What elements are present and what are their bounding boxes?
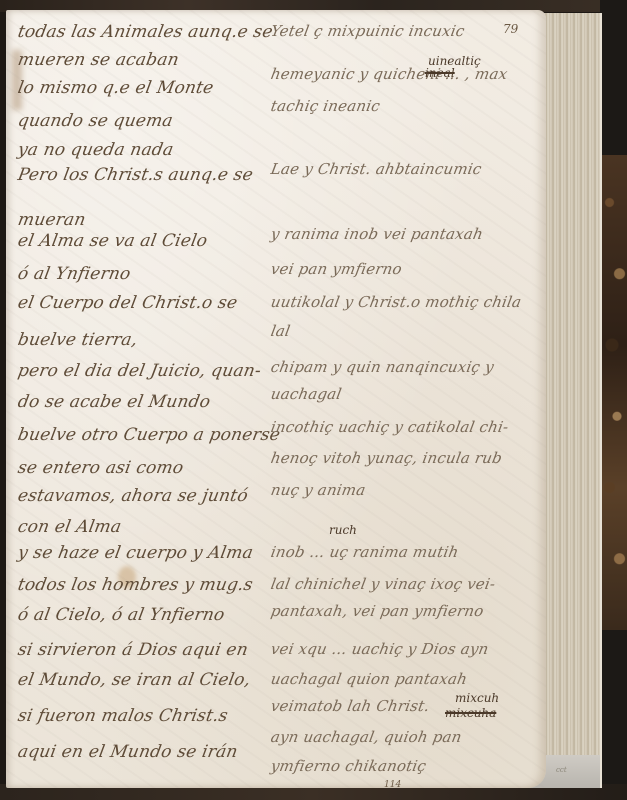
manuscript-line-spanish: Pero los Christ.s aunq.e se <box>16 165 254 185</box>
manuscript-line-maya: ymfierno chikanotiç <box>269 757 427 775</box>
manuscript-line-spanish: ó al Ynfierno <box>16 264 132 284</box>
manuscript-line-spanish: el Alma se va al Cielo <box>16 231 209 251</box>
manuscript-line-maya: inob ... uç ranima mutih <box>269 543 460 561</box>
interlinear-correction: ruch <box>329 523 357 537</box>
manuscript-line-spanish: si fueron malos Christ.s <box>16 706 229 726</box>
manuscript-line-maya: Yetel ç mixpuinic incuxic <box>269 22 466 40</box>
manuscript-line-spanish: todas las Animales aunq.e se <box>16 22 274 42</box>
marbled-endpaper <box>602 155 627 630</box>
interlinear-correction: mixcuh <box>455 691 499 705</box>
manuscript-line-spanish: do se acabe el Mundo <box>16 392 212 412</box>
manuscript-line-maya: uutikolal y Christ.o mothiç chila <box>269 293 523 311</box>
manuscript-line-spanish: buelve tierra, <box>16 330 139 350</box>
manuscript-line-spanish: estavamos, ahora se juntó <box>16 486 249 506</box>
manuscript-line-spanish: ya no queda nada <box>16 140 175 160</box>
manuscript-line-spanish: el Cuerpo del Christ.o se <box>16 293 239 313</box>
manuscript-line-spanish: pero el dia del Juicio, quan- <box>16 361 262 381</box>
manuscript-line-maya: incothiç uachiç y catikolal chi- <box>269 418 510 436</box>
manuscript-line-spanish: y se haze el cuerpo y Alma <box>16 543 254 563</box>
bottom-page-number: 114 <box>384 780 401 790</box>
struck-through-word: ineal <box>425 66 455 80</box>
manuscript-line-maya: vei pan ymfierno <box>269 260 403 278</box>
manuscript-line-maya: chipam y quin nanqincuxiç y <box>269 358 495 376</box>
manuscript-line-maya: uachagal quion pantaxah <box>269 670 468 688</box>
manuscript-line-maya: nuç y anima <box>269 481 367 499</box>
manuscript-page: 79 114 todas las Animales aunq.e semuere… <box>6 10 546 788</box>
manuscript-line-spanish: el Mundo, se iran al Cielo, <box>16 670 252 690</box>
manuscript-line-maya: y ranima inob vei pantaxah <box>269 225 484 243</box>
manuscript-line-maya: veimatob lah Christ. <box>269 697 431 715</box>
manuscript-line-spanish: se entero asi como <box>16 458 185 478</box>
manuscript-line-maya: Lae y Christ. ahbtaincumic <box>269 160 483 178</box>
manuscript-line-spanish: mueren se acaban <box>16 50 180 70</box>
manuscript-line-spanish: todos los hombres y mug.s <box>16 575 254 595</box>
manuscript-line-maya: tachiç ineanic <box>269 97 381 115</box>
stack-number: cct <box>556 766 567 774</box>
manuscript-line-spanish: si sirvieron á Dios aqui en <box>16 640 249 660</box>
manuscript-line-maya: lal <box>269 322 291 340</box>
manuscript-line-spanish: mueran <box>16 210 87 230</box>
manuscript-line-maya: ayn uachagal, quioh pan <box>269 728 463 746</box>
manuscript-line-spanish: ó al Cielo, ó al Ynfierno <box>16 605 226 625</box>
manuscript-line-spanish: buelve otro Cuerpo a ponerse <box>16 425 282 445</box>
manuscript-line-spanish: con el Alma <box>16 517 123 537</box>
manuscript-line-spanish: lo mismo q.e el Monte <box>16 78 215 98</box>
manuscript-line-spanish: quando se quema <box>16 111 174 131</box>
manuscript-line-maya: vei xqu ... uachiç y Dios ayn <box>269 640 490 658</box>
page-edges-stack <box>543 13 602 788</box>
manuscript-line-spanish: aqui en el Mundo se irán <box>16 742 239 762</box>
struck-through-word: mixcuha <box>445 706 496 720</box>
manuscript-line-maya: pantaxah, vei pan ymfierno <box>269 602 485 620</box>
manuscript-line-maya: uachagal <box>269 385 343 403</box>
manuscript-line-maya: henoç vitoh yunaç, incula rub <box>269 449 503 467</box>
folio-number: 79 <box>503 22 518 36</box>
manuscript-line-maya: lal chinichel y vinaç ixoç vei- <box>269 575 496 593</box>
